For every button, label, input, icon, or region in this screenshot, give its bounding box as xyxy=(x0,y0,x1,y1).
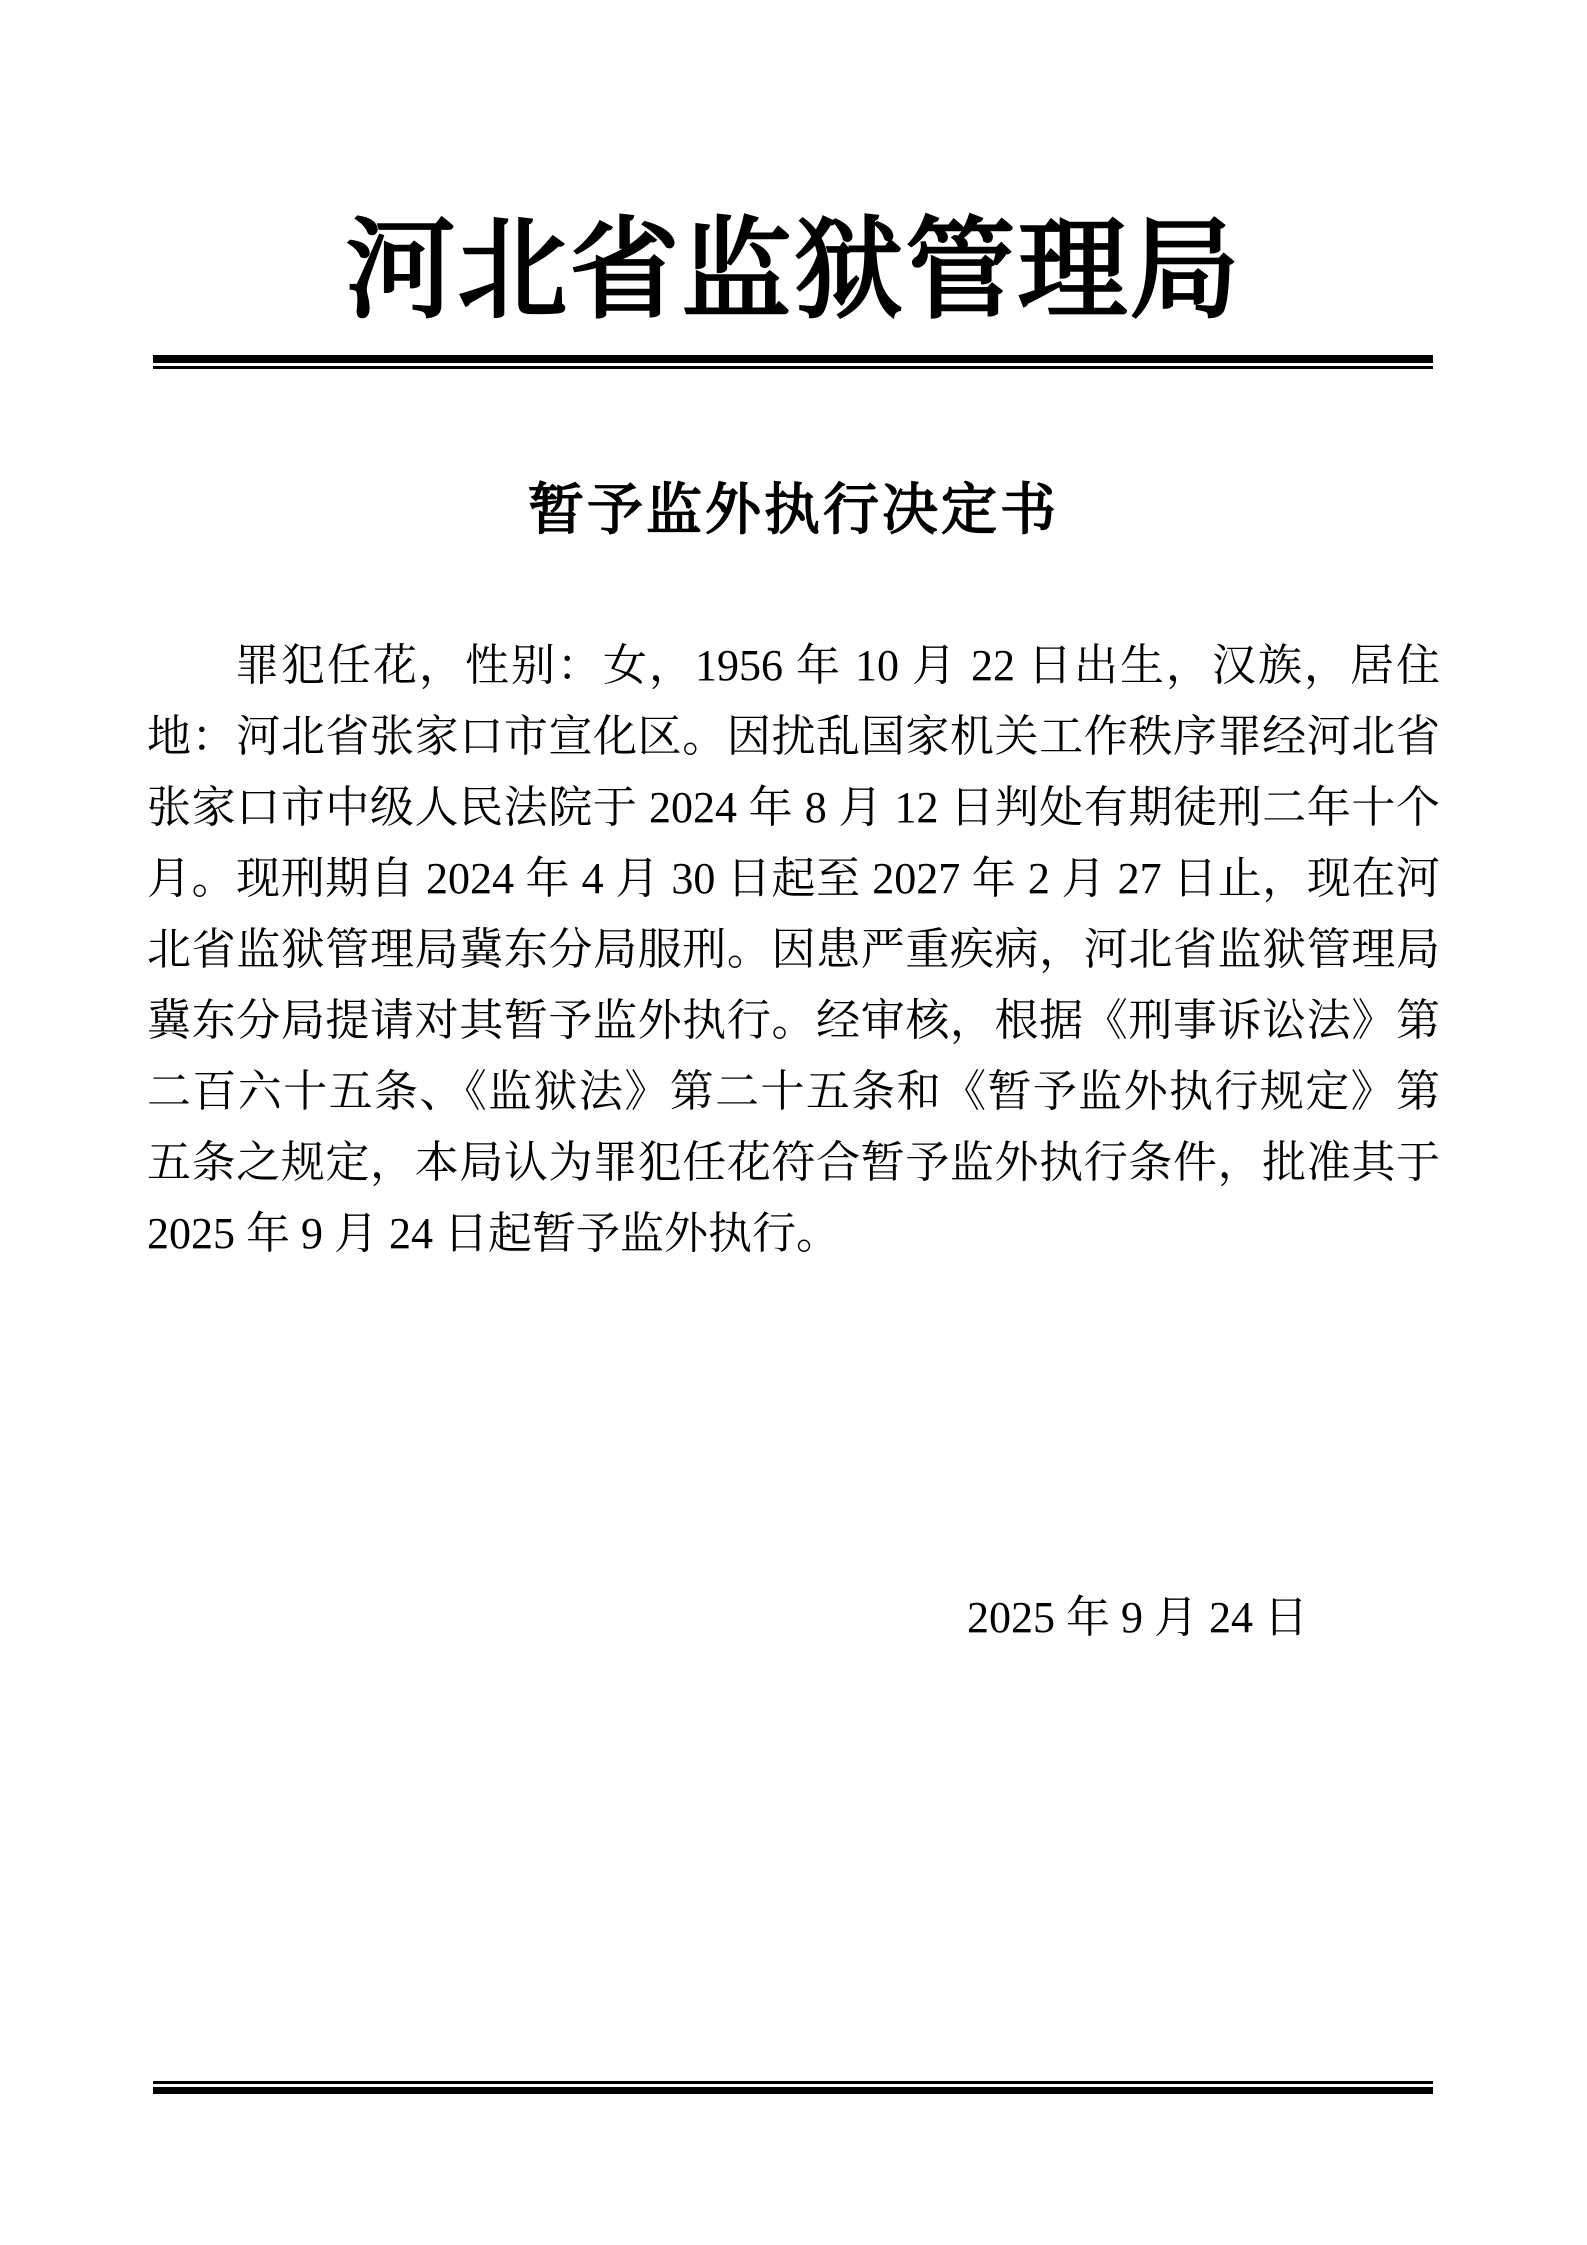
document-title: 暂予监外执行决定书 xyxy=(0,478,1587,545)
header-divider-thin-bar xyxy=(153,366,1433,369)
org-title: 河北省监狱管理局 xyxy=(0,205,1587,337)
footer-divider-thin-bar xyxy=(153,2081,1433,2084)
issue-date: 2025 年 9 月 24 日 xyxy=(967,1592,1308,1643)
footer-divider-thick-bar xyxy=(153,2087,1433,2094)
body-paragraph: 罪犯任花，性别：女，1956 年 10 月 22 日出生，汉族，居住地：河北省张… xyxy=(147,630,1440,1269)
document-page: 河北省监狱管理局 暂予监外执行决定书 罪犯任花，性别：女，1956 年 10 月… xyxy=(0,0,1587,2245)
header-divider-thick-bar xyxy=(153,355,1433,363)
